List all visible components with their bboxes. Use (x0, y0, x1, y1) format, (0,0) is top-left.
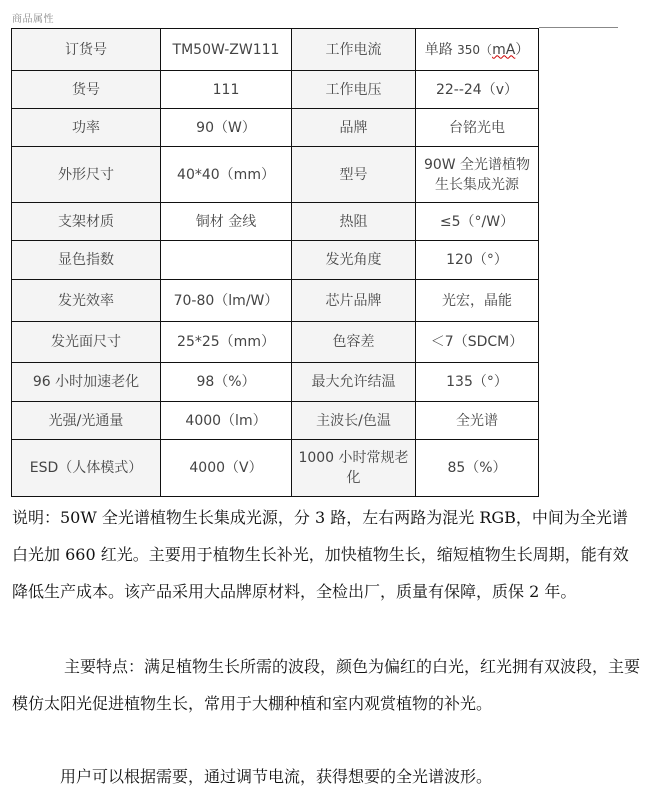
spec-key: 功率 (12, 109, 161, 147)
spec-value: ≤5（°/W） (416, 203, 539, 241)
table-row: 货号 111 工作电压 22--24（v） (12, 71, 539, 109)
spec-value: ＜7（SDCM） (416, 322, 539, 363)
usage-note: 用户可以根据需要，通过调节电流，获得想要的全光谱波形。 (12, 758, 642, 795)
spec-value: 90（W） (161, 109, 292, 147)
spec-value: 135（°） (416, 363, 539, 402)
table-row: 外形尺寸 40*40（mm） 型号 90W 全光谱植物生长集成光源 (12, 147, 539, 203)
usage-paragraph: 用户可以根据需要，通过调节电流，获得想要的全光谱波形。 (12, 758, 642, 795)
spec-table: 订货号 TM50W-ZW111 工作电流 单路 350（mA） 货号 111 工… (11, 28, 539, 497)
spec-key: 发光面尺寸 (12, 322, 161, 363)
spec-value: 全光谱 (416, 402, 539, 440)
spec-key: 品牌 (292, 109, 416, 147)
spec-key: 光强/光通量 (12, 402, 161, 440)
table-row: ESD（人体模式） 4000（V） 1000 小时常规老化 85（%） (12, 440, 539, 497)
spec-value: TM50W-ZW111 (161, 29, 292, 71)
spec-value: 98（%） (161, 363, 292, 402)
table-row: 光强/光通量 4000（lm） 主波长/色温 全光谱 (12, 402, 539, 440)
table-row: 发光面尺寸 25*25（mm） 色容差 ＜7（SDCM） (12, 322, 539, 363)
spec-key: 色容差 (292, 322, 416, 363)
features: 主要特点：满足植物生长所需的波段，颜色为偏红的白光，红光拥有双波段，主要模仿太阳… (12, 648, 642, 722)
spec-value: 4000（V） (161, 440, 292, 497)
spec-value-suffix: ） (515, 42, 529, 58)
spec-key: 热阻 (292, 203, 416, 241)
spec-key: 工作电流 (292, 29, 416, 71)
spec-key: 芯片品牌 (292, 280, 416, 322)
spec-key: 外形尺寸 (12, 147, 161, 203)
spec-key: 货号 (12, 71, 161, 109)
spec-key: 主波长/色温 (292, 402, 416, 440)
spec-value-unit: mA (492, 42, 515, 58)
table-row: 显色指数 发光角度 120（°） (12, 241, 539, 280)
spec-value: 4000（lm） (161, 402, 292, 440)
spec-key: 型号 (292, 147, 416, 203)
spec-key: 发光效率 (12, 280, 161, 322)
table-row: 96 小时加速老化 98（%） 最大允许结温 135（°） (12, 363, 539, 402)
spec-value: 40*40（mm） (161, 147, 292, 203)
spec-value: 22--24（v） (416, 71, 539, 109)
spec-value: 单路 350（mA） (416, 29, 539, 71)
spec-key: 最大允许结温 (292, 363, 416, 402)
table-row: 功率 90（W） 品牌 台铭光电 (12, 109, 539, 147)
spec-value: 111 (161, 71, 292, 109)
spec-key: 支架材质 (12, 203, 161, 241)
spec-value: 90W 全光谱植物生长集成光源 (416, 147, 539, 203)
spec-value: 85（%） (416, 440, 539, 497)
spec-key: 1000 小时常规老化 (292, 440, 416, 497)
spec-key: 工作电压 (292, 71, 416, 109)
table-row: 发光效率 70-80（lm/W） 芯片品牌 光宏，晶能 (12, 280, 539, 322)
spec-value: 25*25（mm） (161, 322, 292, 363)
spec-key: ESD（人体模式） (12, 440, 161, 497)
spec-key: 96 小时加速老化 (12, 363, 161, 402)
spec-value (161, 241, 292, 280)
description-paragraph: 说明：50W 全光谱植物生长集成光源，分 3 路，左右两路为混光 RGB，中间为… (12, 499, 642, 610)
spec-value: 台铭光电 (416, 109, 539, 147)
spec-key: 订货号 (12, 29, 161, 71)
table-row: 订货号 TM50W-ZW111 工作电流 单路 350（mA） (12, 29, 539, 71)
spec-value: 120（°） (416, 241, 539, 280)
features-paragraph: 主要特点：满足植物生长所需的波段，颜色为偏红的白光，红光拥有双波段，主要模仿太阳… (12, 648, 642, 722)
spec-value-prefix: 单路 (425, 42, 457, 58)
spec-value: 70-80（lm/W） (161, 280, 292, 322)
spec-key: 显色指数 (12, 241, 161, 280)
spec-key: 发光角度 (292, 241, 416, 280)
divider (539, 27, 618, 28)
spec-value-number: 350（ (457, 43, 492, 57)
spec-value: 铜材 金线 (161, 203, 292, 241)
spec-value: 光宏，晶能 (416, 280, 539, 322)
section-title: 商品属性 (12, 10, 54, 25)
description: 说明：50W 全光谱植物生长集成光源，分 3 路，左右两路为混光 RGB，中间为… (12, 499, 642, 610)
table-row: 支架材质 铜材 金线 热阻 ≤5（°/W） (12, 203, 539, 241)
